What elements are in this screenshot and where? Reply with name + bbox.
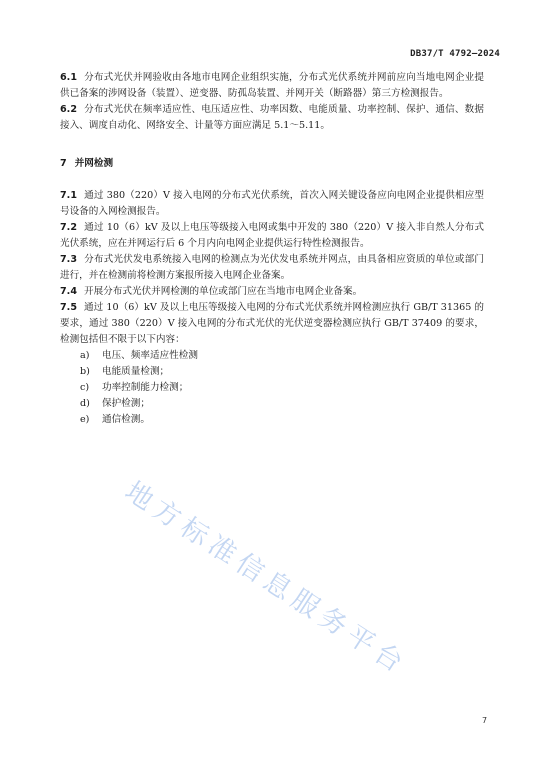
clause-text: 分布式光伏发电系统接入电网的检测点为光伏发电系统并网点，由具备相应资质的单位或部…: [60, 254, 484, 281]
list-item: c)功率控制能力检测；: [60, 380, 484, 396]
clause-number: 6.1: [60, 72, 77, 83]
clause-7-1: 7.1通过 380（220）V 接入电网的分布式光伏系统，首次入网关键设备应向电…: [60, 188, 484, 220]
clause-text: 分布式光伏在频率适应性、电压适应性、功率因数、电能质量、功率控制、保护、通信、数…: [60, 104, 484, 131]
clause-number: 7.4: [60, 286, 77, 297]
clause-text: 通过 10（6）kV 及以上电压等级接入电网的分布式光伏系统并网检测应执行 GB…: [60, 302, 484, 345]
list-item: a)电压、频率适应性检测: [60, 348, 484, 364]
section-number: 7: [60, 158, 67, 169]
list-label: b): [80, 364, 102, 380]
list-text: 功率控制能力检测；: [102, 382, 188, 393]
clause-number: 7.3: [60, 254, 77, 265]
document-body: 6.1分布式光伏并网验收由各地市电网企业组织实施，分布式光伏系统并网前应向当地电…: [60, 70, 484, 428]
list-text: 通信检测。: [102, 414, 150, 425]
list-label: e): [80, 412, 102, 428]
page-number: 7: [482, 716, 487, 725]
list-label: a): [80, 348, 102, 364]
clause-text: 开展分布式光伏并网检测的单位或部门应在当地市电网企业备案。: [84, 286, 362, 297]
list-label: c): [80, 380, 102, 396]
list-item: d)保护检测；: [60, 396, 484, 412]
clause-text: 通过 10（6）kV 及以上电压等级接入电网或集中开发的 380（220）V 接…: [60, 222, 484, 249]
clause-7-4: 7.4开展分布式光伏并网检测的单位或部门应在当地市电网企业备案。: [60, 284, 484, 300]
test-items-list: a)电压、频率适应性检测 b)电能质量检测； c)功率控制能力检测； d)保护检…: [60, 348, 484, 428]
clause-number: 7.2: [60, 222, 77, 233]
clause-7-5: 7.5通过 10（6）kV 及以上电压等级接入电网的分布式光伏系统并网检测应执行…: [60, 300, 484, 348]
list-text: 保护检测；: [102, 398, 150, 409]
standard-code-header: DB37/T 4792—2024: [410, 49, 500, 59]
clause-number: 7.1: [60, 190, 77, 201]
list-item: b)电能质量检测；: [60, 364, 484, 380]
section-title: 并网检测: [75, 158, 113, 169]
watermark: 地方标准信息服务平台: [119, 470, 417, 682]
clause-7-3: 7.3分布式光伏发电系统接入电网的检测点为光伏发电系统并网点，由具备相应资质的单…: [60, 252, 484, 284]
section-heading-7: 7并网检测: [60, 156, 484, 172]
clause-text: 分布式光伏并网验收由各地市电网企业组织实施，分布式光伏系统并网前应向当地电网企业…: [60, 72, 484, 99]
clause-number: 7.5: [60, 302, 77, 313]
clause-6-1: 6.1分布式光伏并网验收由各地市电网企业组织实施，分布式光伏系统并网前应向当地电…: [60, 70, 484, 102]
list-text: 电能质量检测；: [102, 366, 169, 377]
clause-number: 6.2: [60, 104, 77, 115]
clause-text: 通过 380（220）V 接入电网的分布式光伏系统，首次入网关键设备应向电网企业…: [60, 190, 484, 217]
clause-7-2: 7.2通过 10（6）kV 及以上电压等级接入电网或集中开发的 380（220）…: [60, 220, 484, 252]
clause-6-2: 6.2分布式光伏在频率适应性、电压适应性、功率因数、电能质量、功率控制、保护、通…: [60, 102, 484, 134]
list-text: 电压、频率适应性检测: [102, 350, 198, 361]
list-item: e)通信检测。: [60, 412, 484, 428]
list-label: d): [80, 396, 102, 412]
